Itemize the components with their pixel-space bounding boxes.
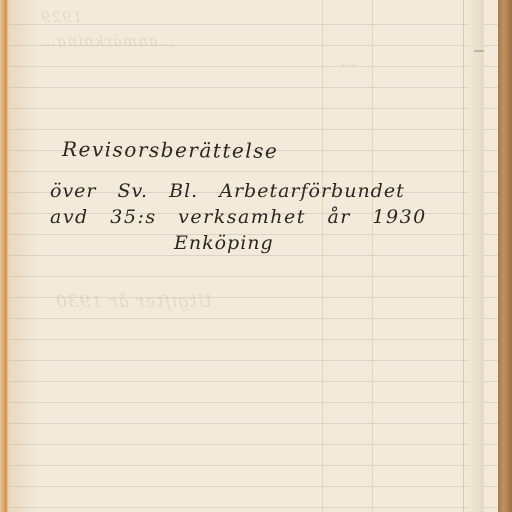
gutter-shadow — [9, 0, 39, 512]
bleed-through-text: Utgifter år 1930 — [55, 292, 212, 312]
bleed-through-text: … — [340, 52, 356, 70]
bleed-through-text: …anmärkning… — [40, 32, 174, 50]
column-rule — [322, 0, 323, 512]
page-edge — [463, 0, 484, 512]
document-place: Enköping — [174, 232, 274, 254]
document-line: över Sv. Bl. Arbetarförbundet — [50, 180, 405, 202]
ledger-page: 1929 …anmärkning… … Utgifter år 1930 Rev… — [0, 0, 498, 512]
bleed-through-text: 1929 — [40, 8, 82, 26]
background-surface — [498, 0, 512, 512]
document-line: avd 35:s verksamhet år 1930 — [50, 206, 427, 228]
page-binding-edge — [0, 0, 9, 512]
column-rule — [372, 0, 373, 512]
document-heading: Revisorsberättelse — [62, 137, 278, 163]
margin-mark — [474, 50, 484, 52]
